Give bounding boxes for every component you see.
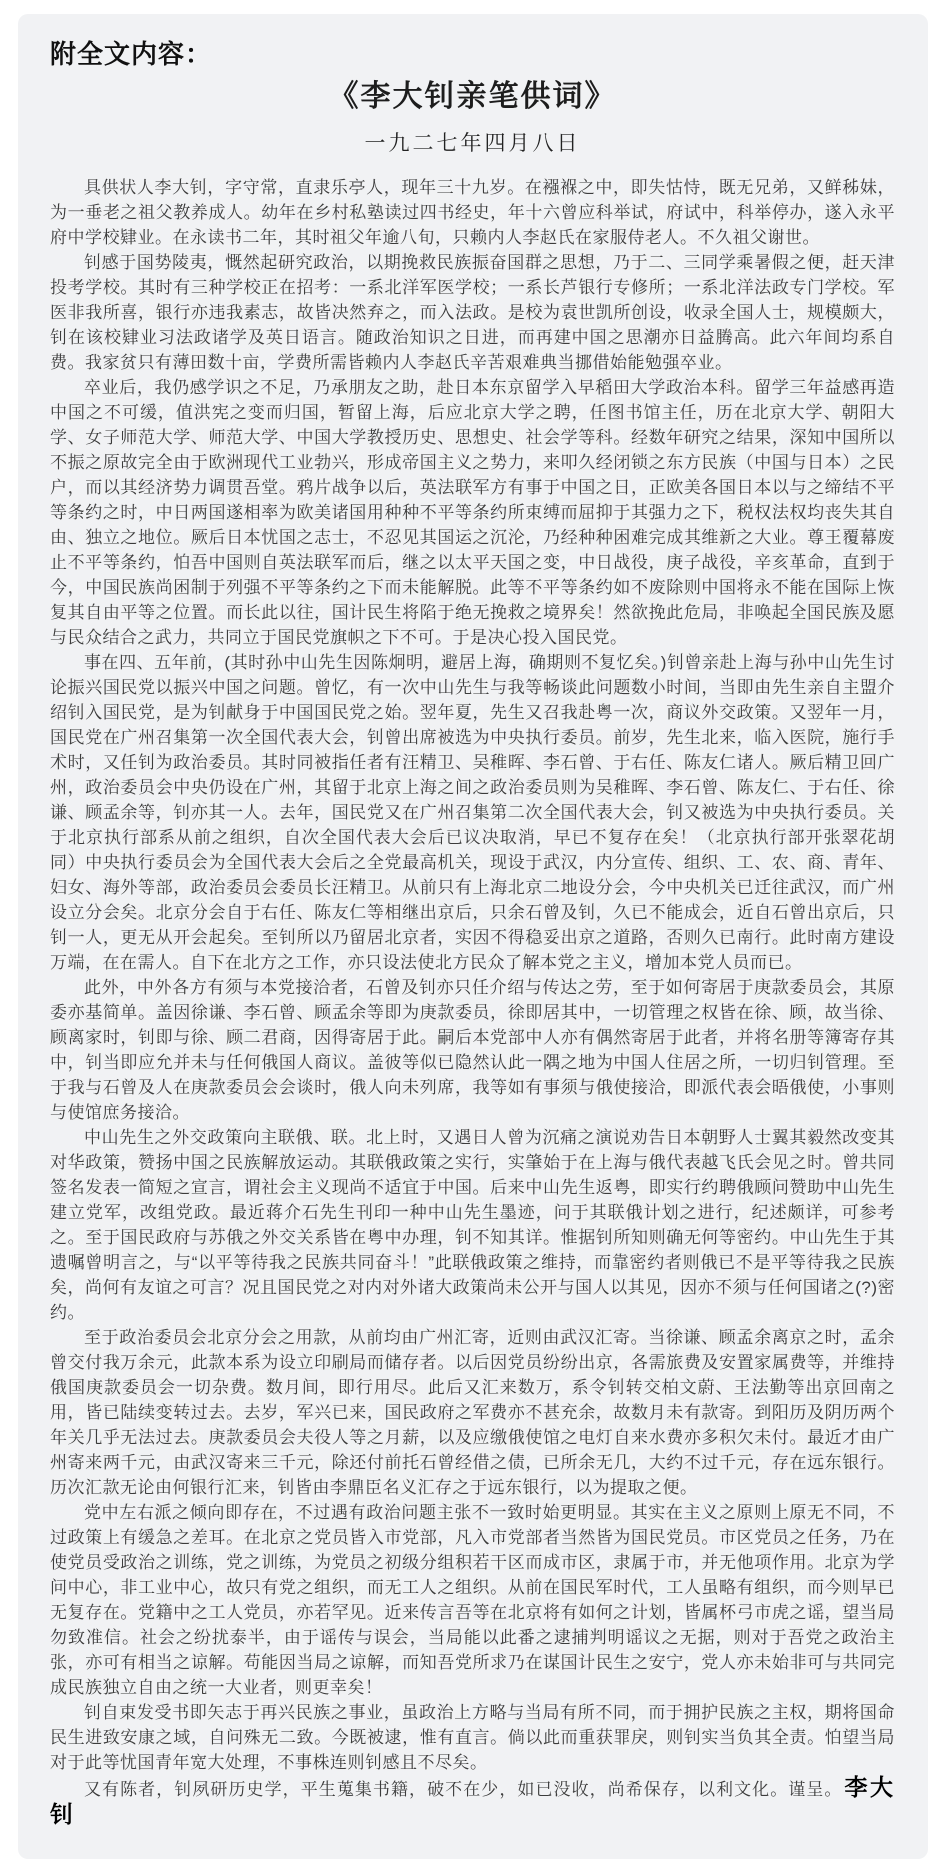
- paragraph-10: 又有陈者，钊夙研历史学，平生蒐集书籍，破不在少，如已没收，尚希保存，以利文化。谨…: [50, 1775, 895, 1829]
- signature: 李大钊: [50, 1774, 895, 1827]
- paragraph-9: 钊自束发受书即矢志于再兴民族之事业，虽政治上方略与当局有所不同，而于拥护民族之主…: [50, 1700, 895, 1775]
- document-card: 附全文内容： 《李大钊亲笔供词》 一九二七年四月八日 具供状人李大钊，字守常，直…: [18, 14, 928, 1859]
- paragraph-3: 卒业后，我仍感学识之不足，乃承朋友之助，赴日本东京留学入早稻田大学政治本科。留学…: [50, 375, 895, 650]
- header-label: 附全文内容：: [50, 34, 895, 71]
- paragraph-7: 至于政治委员会北京分会之用款，从前均由广州汇寄，近则由武汉汇寄。当徐谦、顾孟余离…: [50, 1325, 895, 1500]
- paragraph-8: 党中左右派之倾向即存在，不过遇有政治问题主张不一致时始更明显。其实在主义之原则上…: [50, 1500, 895, 1700]
- document-body: 具供状人李大钊，字守常，直隶乐亭人，现年三十九岁。在襁褓之中，即失怙恃，既无兄弟…: [50, 175, 895, 1829]
- paragraph-1: 具供状人李大钊，字守常，直隶乐亭人，现年三十九岁。在襁褓之中，即失怙恃，既无兄弟…: [50, 175, 895, 250]
- document-date: 一九二七年四月八日: [50, 127, 895, 157]
- paragraph-4: 事在四、五年前，(其时孙中山先生因陈炯明，避居上海，确期则不复忆矣。)钊曾亲赴上…: [50, 650, 895, 975]
- paragraph-6: 中山先生之外交政策向主联俄、联。北上时，又遇日人曾为沉痛之演说劝告日本朝野人士翼…: [50, 1125, 895, 1325]
- document-title: 《李大钊亲笔供词》: [50, 71, 895, 115]
- paragraph-2: 钊感于国势陵夷，慨然起研究政治，以期挽救民族振奋国群之思想，乃于二、三同学乘暑假…: [50, 250, 895, 375]
- paragraph-5: 此外，中外各方有须与本党接洽者，石曾及钊亦只任介绍与传达之劳，至于如何寄居于庚款…: [50, 975, 895, 1125]
- page: 附全文内容： 《李大钊亲笔供词》 一九二七年四月八日 具供状人李大钊，字守常，直…: [0, 0, 945, 1876]
